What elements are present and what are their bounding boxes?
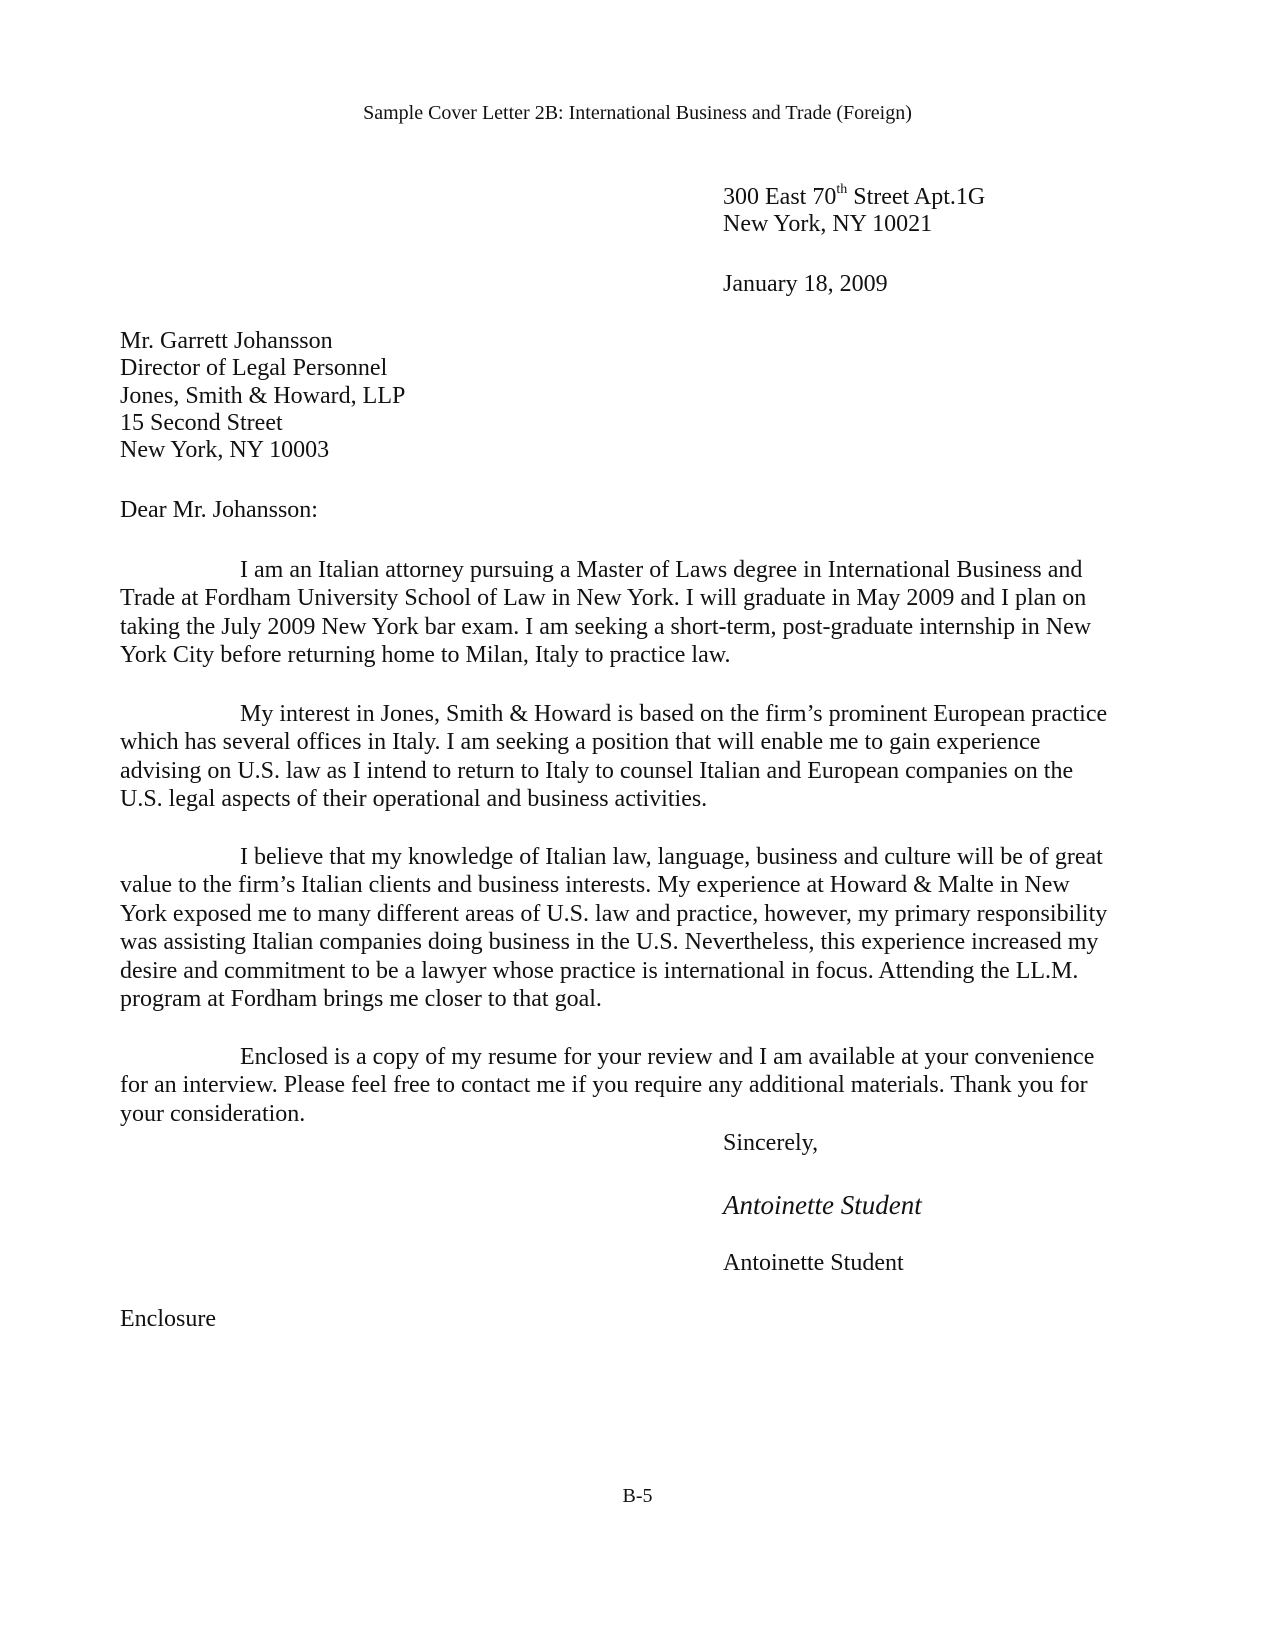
paragraph-line: which has several offices in Italy. I am… [120,728,1160,756]
paragraph-line: My interest in Jones, Smith & Howard is … [120,700,1160,728]
recipient-name: Mr. Garrett Johansson [120,328,405,355]
sender-street: 300 East 70th Street Apt.1G [723,184,985,211]
paragraph-line: advising on U.S. law as I intend to retu… [120,757,1160,785]
recipient-city: New York, NY 10003 [120,437,405,464]
sender-street-name: Street Apt.1G [847,184,985,210]
paragraph-line: U.S. legal aspects of their operational … [120,785,1160,813]
letter-date: January 18, 2009 [723,271,888,298]
closing: Sincerely, [723,1130,818,1157]
paragraph-line: desire and commitment to be a lawyer who… [120,957,1160,985]
paragraph-line: program at Fordham brings me closer to t… [120,985,1160,1013]
body-paragraph: Enclosed is a copy of my resume for your… [120,1043,1160,1128]
paragraph-line: York City before returning home to Milan… [120,641,1160,669]
paragraph-line: your consideration. [120,1100,1160,1128]
paragraph-line: was assisting Italian companies doing bu… [120,928,1160,956]
paragraph-line: Enclosed is a copy of my resume for your… [120,1043,1160,1071]
sender-address: 300 East 70th Street Apt.1G New York, NY… [723,184,985,239]
paragraph-line: I believe that my knowledge of Italian l… [120,843,1160,871]
signature: Antoinette Student [723,1190,922,1221]
body-paragraph: My interest in Jones, Smith & Howard is … [120,700,1160,814]
recipient-title: Director of Legal Personnel [120,355,405,382]
recipient-address: Mr. Garrett Johansson Director of Legal … [120,328,405,464]
paragraph-line: value to the firm’s Italian clients and … [120,871,1160,899]
sender-street-number: 300 East 70 [723,184,836,210]
recipient-company: Jones, Smith & Howard, LLP [120,383,405,410]
paragraph-line: York exposed me to many different areas … [120,900,1160,928]
sender-city: New York, NY 10021 [723,211,985,238]
body-paragraph: I am an Italian attorney pursuing a Mast… [120,556,1160,670]
ordinal-suffix: th [836,182,847,197]
paragraph-line: taking the July 2009 New York bar exam. … [120,613,1160,641]
enclosure-note: Enclosure [120,1306,216,1333]
paragraph-line: Trade at Fordham University School of La… [120,584,1160,612]
page-number: B-5 [0,1485,1275,1508]
recipient-street: 15 Second Street [120,410,405,437]
body-paragraph: I believe that my knowledge of Italian l… [120,843,1160,1013]
paragraph-line: for an interview. Please feel free to co… [120,1071,1160,1099]
document-title: Sample Cover Letter 2B: International Bu… [0,101,1275,125]
typed-name: Antoinette Student [723,1250,904,1277]
paragraph-line: I am an Italian attorney pursuing a Mast… [120,556,1160,584]
salutation: Dear Mr. Johansson: [120,497,318,524]
